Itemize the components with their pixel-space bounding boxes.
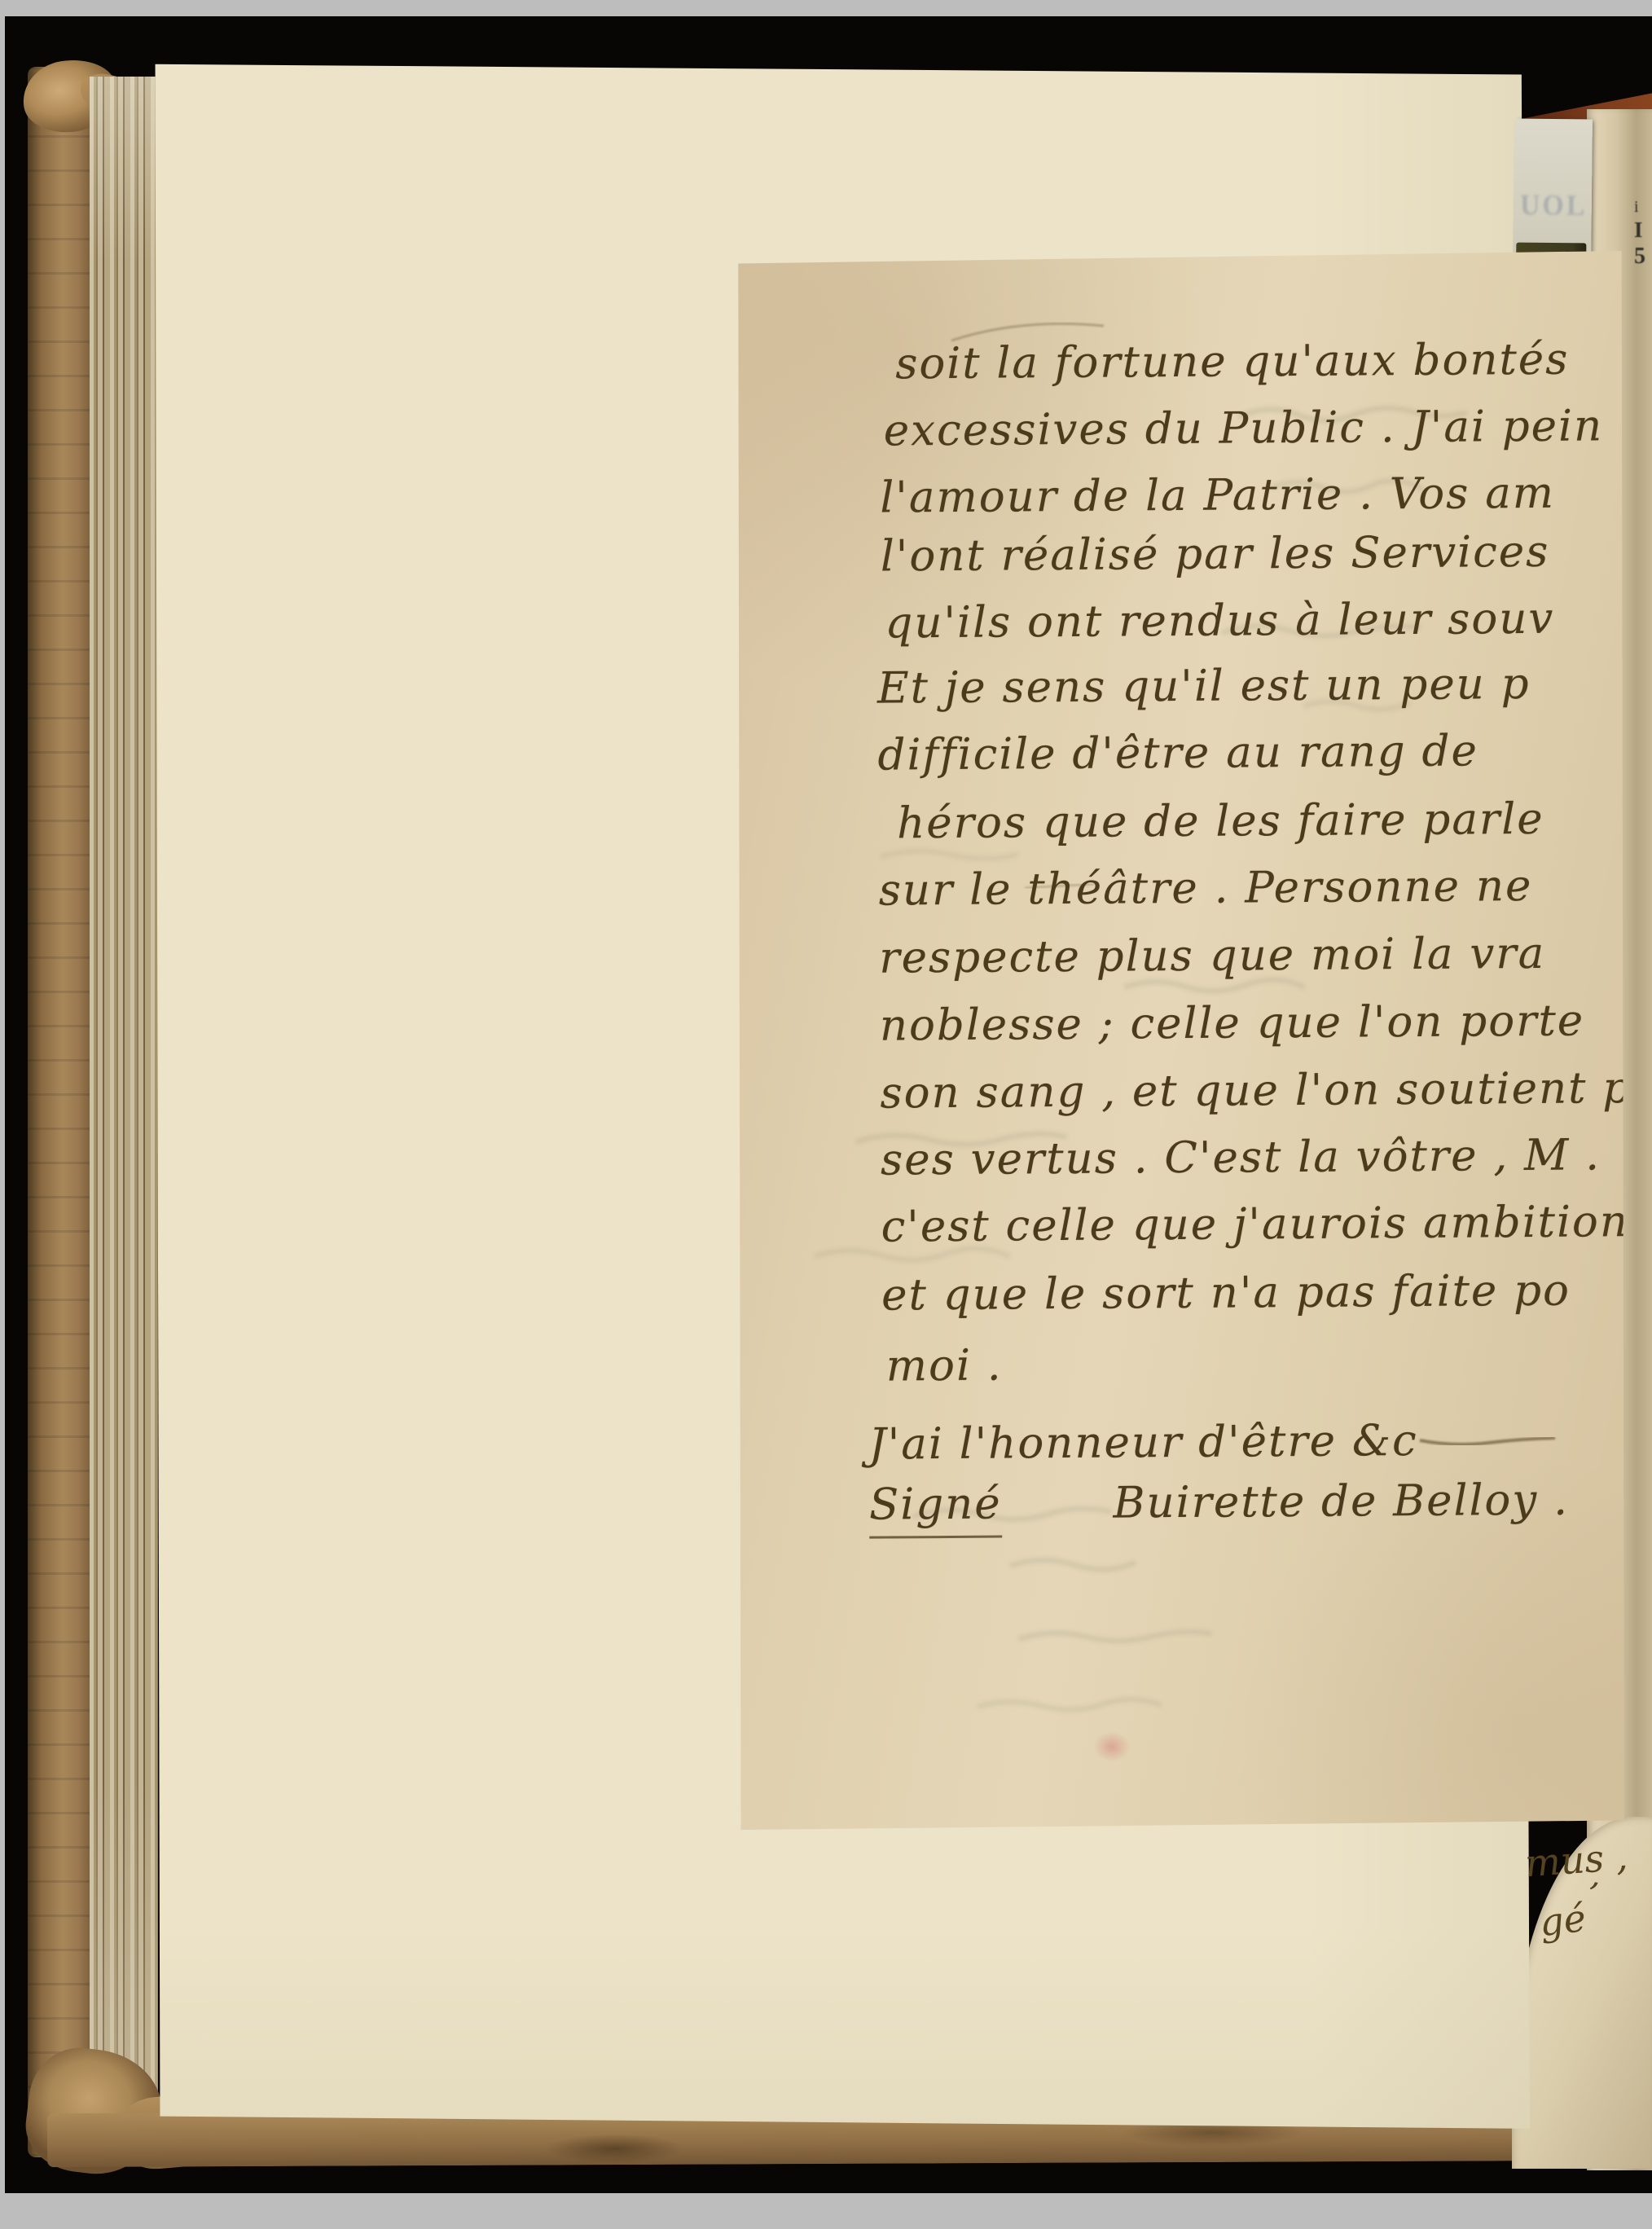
letter-line: soit la fortune qu'aux bontés <box>895 338 1570 386</box>
letter-line: excessives du Public . J'ai pein <box>884 404 1604 452</box>
letter-line: c'est celle que j'aurois ambition <box>881 1200 1629 1248</box>
printed-edge-fragment: I <box>1634 219 1652 241</box>
manuscript-letter: soit la fortune qu'aux bontés excessives… <box>736 249 1625 1831</box>
scan-canvas: UOL i I 5 <box>0 0 1652 2229</box>
tab-showthrough-text: UOL <box>1520 190 1585 223</box>
printed-edge-fragment: 5 <box>1634 245 1652 268</box>
letter-line: qu'ils ont rendus à leur souv <box>885 597 1554 645</box>
letter-line: héros que de les faire parle <box>897 798 1544 846</box>
letter-line: respecte plus que moi la vra <box>879 932 1545 980</box>
book-spine-cover <box>28 67 91 2157</box>
letter-line: Et je sens qu'il est un peu p <box>877 662 1531 710</box>
verso-handwriting-fragment: mus , <box>1524 1838 1629 1883</box>
letter-line: moi . <box>886 1344 1003 1388</box>
signature-name: Buirette de Belloy . <box>1113 1475 1569 1528</box>
letter-line: son sang , et que l'on soutient p <box>880 1066 1632 1114</box>
signature-row: Signé Buirette de Belloy . <box>869 1479 1569 1527</box>
letter-line: J'ai l'honneur d'être &c <box>868 1419 1418 1466</box>
pink-stain <box>1086 1726 1138 1768</box>
printed-edge-fragments: i I 5 <box>1634 199 1652 268</box>
letter-line: ses vertus . C'est la vôtre , M . <box>881 1133 1601 1181</box>
signature-label: Signé <box>869 1479 1002 1539</box>
bookmark-tab: UOL <box>1513 119 1593 273</box>
letter-line: difficile d'être au rang de <box>877 729 1478 776</box>
letter-text-block: soit la fortune qu'aux bontés excessives… <box>730 246 1631 1835</box>
verso-handwriting-fragment: gé <box>1537 1899 1588 1942</box>
letter-line: noblesse ; celle que l'on porte <box>880 1000 1585 1048</box>
printed-edge-fragment: i <box>1634 199 1652 215</box>
spine-page-block-edge <box>90 77 158 2156</box>
letter-line: l'amour de la Patrie . Vos am <box>880 472 1555 520</box>
letter-line: sur le théâtre . Personne ne <box>879 864 1533 912</box>
letter-line: l'ont réalisé par les Services <box>881 530 1550 578</box>
letter-line: et que le sort n'a pas faite po <box>881 1269 1571 1317</box>
